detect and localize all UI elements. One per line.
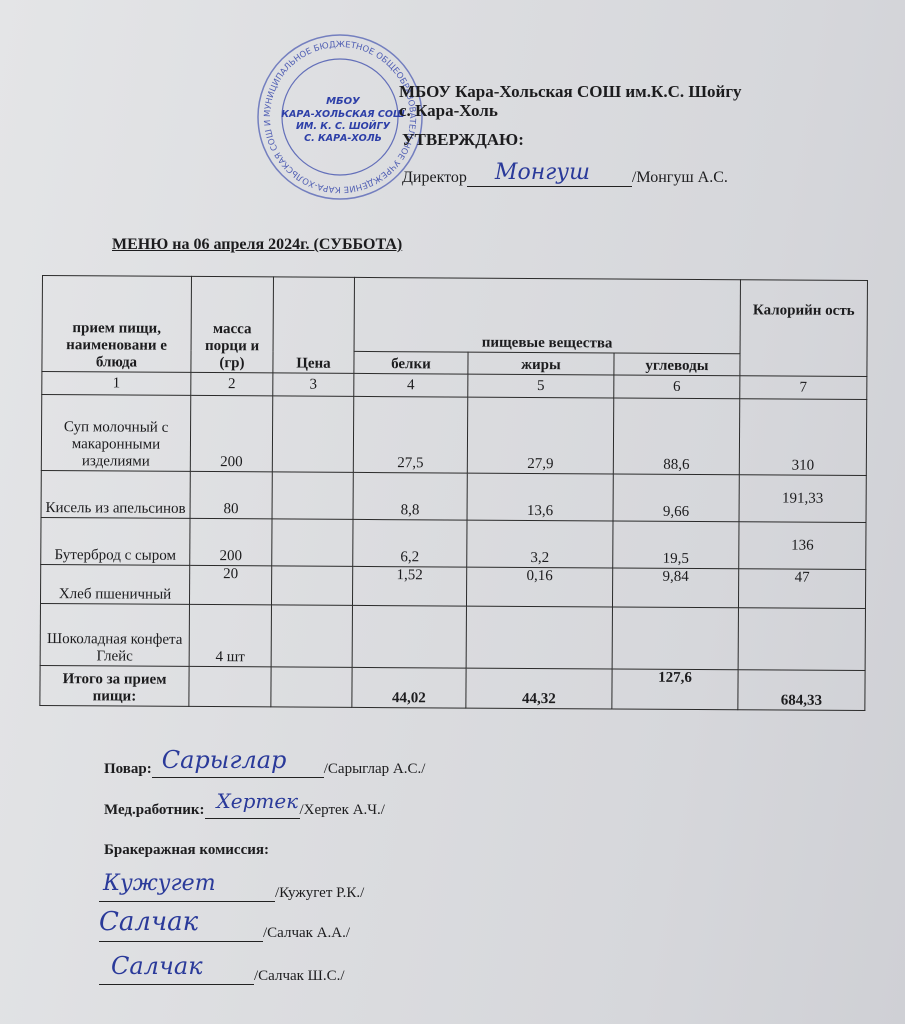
table-row: Суп молочный с макаронными изделиями 200…	[41, 395, 866, 476]
member-name: /Салчак Ш.С./	[254, 968, 345, 984]
col-num: 7	[740, 376, 867, 400]
header-calories: Калорийн ость	[740, 280, 868, 377]
medic-label: Мед.работник:	[104, 802, 205, 818]
dish-calories	[738, 608, 865, 671]
org-location: с. Кара-Холь	[399, 101, 742, 120]
dish-carbs: 19,5	[613, 521, 739, 569]
member-name: /Кужугет Р.К./	[275, 885, 364, 901]
table-row: Кисель из апельсинов 80 8,8 13,6 9,66 19…	[41, 470, 866, 522]
dish-carbs: 9,66	[613, 474, 739, 522]
total-mass	[189, 666, 271, 707]
menu-table: прием пищи, наименовани е блюда масса по…	[39, 275, 868, 711]
table-row: Бутерброд с сыром 200 6,2 3,2 19,5 136	[41, 517, 866, 569]
director-label: Директор	[402, 169, 467, 186]
header-mass: масса порци и (гр)	[191, 276, 274, 372]
org-name: МБОУ Кара-Хольская СОШ им.К.С. Шойгу	[399, 82, 742, 101]
dish-carbs: 9,84	[612, 568, 738, 608]
cook-signature-line: Сарыглар	[152, 760, 324, 778]
director-name: /Монгуш А.С.	[632, 169, 728, 186]
medic-line: Мед.работник:Хертек/Хертек А.Ч./	[104, 801, 385, 819]
total-label: Итого за прием пищи:	[40, 665, 189, 706]
medic-signature-line: Хертек	[205, 801, 300, 819]
member-signature-line: Салчак	[99, 919, 263, 942]
table-row: Хлеб пшеничный 20 1,52 0,16 9,84 47	[40, 564, 865, 608]
cook-label: Повар:	[104, 761, 152, 777]
header-meal: прием пищи, наименовани е блюда	[42, 276, 192, 373]
dish-fat: 0,16	[466, 567, 612, 607]
dish-protein: 6,2	[353, 519, 467, 567]
dish-name: Кисель из апельсинов	[41, 470, 190, 518]
total-price	[271, 667, 352, 707]
col-num: 4	[354, 373, 468, 397]
total-calories: 684,33	[738, 670, 865, 711]
member-signature-line: Кужугет	[99, 879, 275, 902]
dish-fat: 3,2	[467, 520, 613, 568]
dish-calories: 191,33	[739, 475, 866, 523]
dish-calories: 47	[738, 569, 865, 609]
col-num: 5	[468, 374, 614, 398]
dish-fat: 27,9	[467, 397, 613, 474]
director-signature: Монгуш	[495, 160, 590, 185]
header-carbs: углеводы	[614, 353, 740, 376]
total-carbs: 127,6	[612, 669, 738, 710]
dish-protein	[352, 605, 466, 668]
member-name: /Салчак А.А./	[263, 925, 350, 941]
dish-mass: 20	[189, 565, 271, 605]
dish-mass: 4 шт	[189, 604, 271, 666]
stamp-line-1: МБОУ	[326, 96, 361, 107]
header-fat: жиры	[468, 352, 614, 375]
total-fat: 44,32	[466, 668, 612, 709]
director-signature-line: Монгуш	[467, 168, 632, 187]
dish-carbs	[612, 607, 738, 670]
total-row: Итого за прием пищи: 44,02 44,32 127,6 6…	[40, 665, 865, 710]
commission-member-1: Кужугет/Кужугет Р.К./	[99, 879, 364, 902]
member-signature: Салчак	[99, 907, 198, 937]
header-protein: белки	[354, 351, 468, 374]
menu-title: МЕНЮ на 06 апреля 2024г. (СУББОТА)	[112, 236, 402, 254]
medic-signature: Хертек	[217, 789, 299, 813]
total-protein: 44,02	[352, 667, 466, 708]
dish-name: Суп молочный с макаронными изделиями	[41, 395, 190, 472]
col-num: 3	[273, 373, 354, 396]
dish-protein: 27,5	[353, 396, 467, 473]
dish-calories: 310	[739, 399, 866, 476]
stamp-line-3: ИМ. К. С. ШОЙГУ	[296, 120, 391, 132]
commission-member-2: Салчак/Салчак А.А./	[99, 919, 350, 942]
stamp-line-4: С. КАРА-ХОЛЬ	[304, 133, 382, 144]
dish-mass: 80	[190, 471, 272, 519]
dish-price	[272, 519, 353, 566]
header-nutrients: пищевые вещества	[354, 277, 740, 353]
dish-price	[272, 472, 353, 519]
dish-name: Хлеб пшеничный	[40, 564, 189, 604]
col-num: 6	[614, 375, 740, 399]
dish-mass: 200	[190, 395, 272, 471]
member-signature: Салчак	[111, 952, 203, 980]
dish-mass: 200	[190, 518, 272, 566]
stamp-line-2: КАРА-ХОЛЬСКАЯ СОШ	[281, 109, 405, 120]
dish-fat: 13,6	[467, 473, 613, 521]
col-num: 1	[42, 372, 191, 396]
commission-label: Бракеражная комиссия:	[104, 842, 269, 859]
member-signature-line: Салчак	[99, 962, 254, 985]
member-signature: Кужугет	[103, 871, 216, 896]
dish-name: Бутерброд с сыром	[41, 517, 190, 565]
dish-fat	[466, 606, 612, 669]
dish-price	[271, 566, 352, 605]
dish-carbs: 88,6	[613, 398, 739, 475]
dish-calories: 136	[739, 522, 866, 570]
cook-line: Повар:Сарыглар/Сарыглар А.С./	[104, 760, 425, 778]
col-num: 2	[191, 372, 273, 396]
approve-label: УТВЕРЖДАЮ:	[402, 130, 524, 150]
dish-price	[271, 605, 352, 667]
dish-name: Шоколадная конфета Глейс	[40, 603, 189, 666]
dish-protein: 1,52	[352, 566, 466, 606]
dish-price	[272, 396, 353, 472]
medic-name: /Хертек А.Ч./	[300, 802, 385, 818]
dish-protein: 8,8	[353, 472, 467, 520]
cook-signature: Сарыглар	[162, 746, 287, 774]
organization-block: МБОУ Кара-Хольская СОШ им.К.С. Шойгу с. …	[399, 82, 742, 120]
table-row: Шоколадная конфета Глейс 4 шт	[40, 603, 865, 670]
director-line: ДиректорМонгуш/Монгуш А.С.	[402, 168, 728, 187]
cook-name: /Сарыглар А.С./	[324, 761, 426, 777]
commission-member-3: Салчак/Салчак Ш.С./	[99, 962, 345, 985]
header-price: Цена	[273, 277, 355, 373]
